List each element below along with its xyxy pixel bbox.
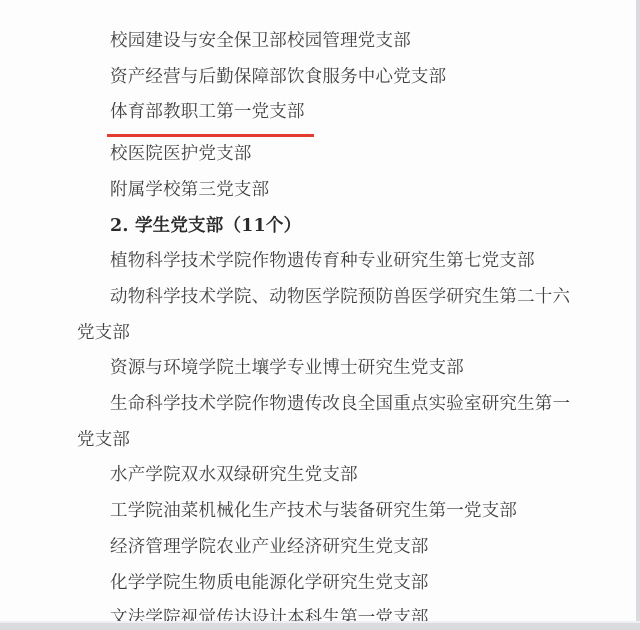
document-line: 化学学院生物质电能源化学研究生党支部	[77, 566, 607, 602]
document-line: 工学院油菜机械化生产技术与装备研究生第一党支部	[77, 494, 607, 530]
line-text: 动物科学技术学院、动物医学院预防兽医学研究生第二十六	[110, 287, 570, 307]
document-line: 生命科学技术学院作物遗传改良全国重点实验室研究生第一	[77, 387, 607, 423]
document-line-highlighted: 体育部教职工第一党支部	[77, 95, 607, 137]
line-text: 化学学院生物质电能源化学研究生党支部	[110, 573, 429, 593]
line-text: 校园建设与安全保卫部校园管理党支部	[110, 31, 411, 51]
page-edge-bottom	[0, 621, 640, 630]
line-text: 生命科学技术学院作物遗传改良全国重点实验室研究生第一	[110, 394, 570, 414]
line-text: 资源与环境学院土壤学专业博士研究生党支部	[110, 358, 464, 378]
document-line: 动物科学技术学院、动物医学院预防兽医学研究生第二十六	[77, 280, 607, 316]
document-line: 经济管理学院农业产业经济研究生党支部	[77, 530, 607, 566]
line-text: 体育部教职工第一党支部	[107, 95, 314, 137]
document-line: 校医院医护党支部	[77, 137, 607, 173]
line-text: 2. 学生党支部（11个）	[110, 216, 301, 236]
page-edge-right	[636, 0, 640, 630]
line-text: 资产经营与后勤保障部饮食服务中心党支部	[110, 67, 446, 87]
document-page: 校园建设与安全保卫部校园管理党支部资产经营与后勤保障部饮食服务中心党支部体育部教…	[0, 0, 640, 630]
line-text: 水产学院双水双绿研究生党支部	[110, 465, 358, 485]
line-text: 党支部	[77, 323, 130, 343]
line-text: 经济管理学院农业产业经济研究生党支部	[110, 537, 429, 557]
document-line: 资源与环境学院土壤学专业博士研究生党支部	[77, 351, 607, 387]
document-line: 党支部	[77, 423, 607, 459]
line-text: 工学院油菜机械化生产技术与装备研究生第一党支部	[110, 501, 517, 521]
document-line: 2. 学生党支部（11个）	[77, 209, 607, 245]
line-text: 党支部	[77, 430, 130, 450]
document-line: 水产学院双水双绿研究生党支部	[77, 458, 607, 494]
document-line: 附属学校第三党支部	[77, 173, 607, 209]
line-text: 植物科学技术学院作物遗传育种专业研究生第七党支部	[110, 251, 535, 271]
text-column: 校园建设与安全保卫部校园管理党支部资产经营与后勤保障部饮食服务中心党支部体育部教…	[77, 24, 607, 630]
document-line: 植物科学技术学院作物遗传育种专业研究生第七党支部	[77, 244, 607, 280]
line-text: 附属学校第三党支部	[110, 180, 269, 200]
document-line: 党支部	[77, 316, 607, 352]
document-line: 校园建设与安全保卫部校园管理党支部	[77, 24, 607, 60]
line-text: 校医院医护党支部	[110, 144, 252, 164]
document-line: 资产经营与后勤保障部饮食服务中心党支部	[77, 60, 607, 96]
